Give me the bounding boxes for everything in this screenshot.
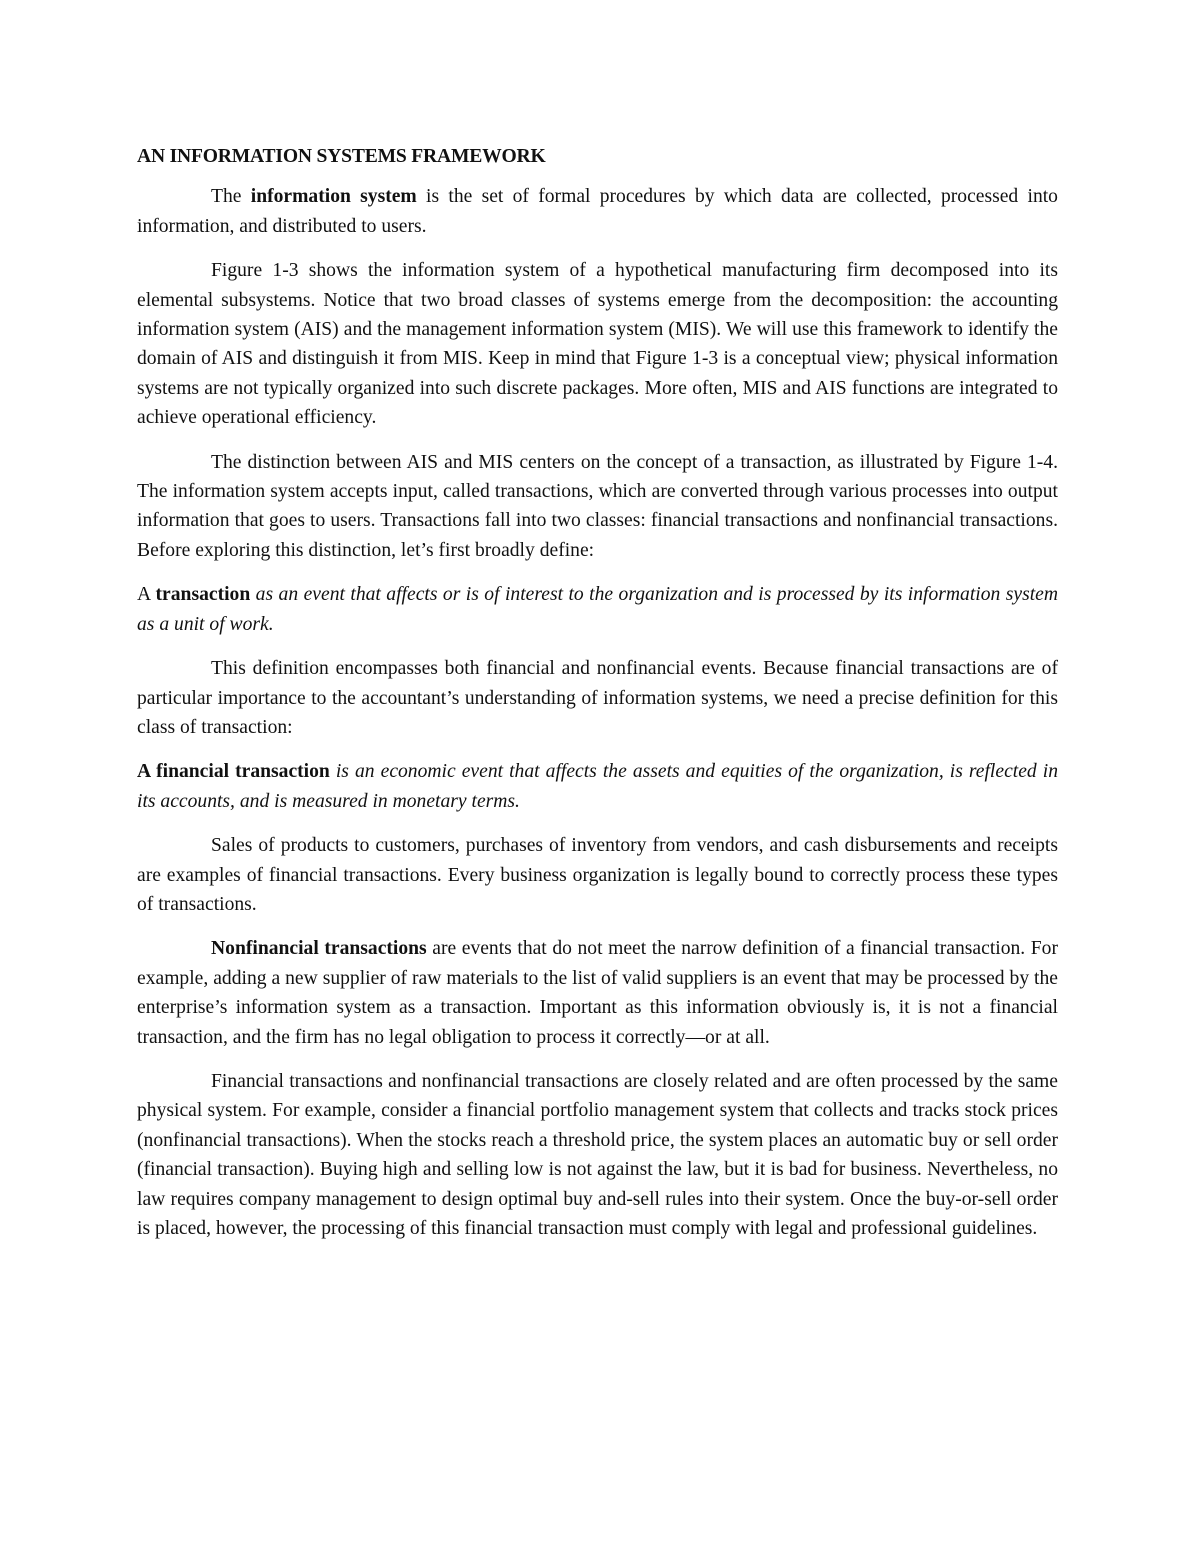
definition-text: as an event that affects or is of intere…: [137, 584, 1058, 634]
paragraph-figure-1-3: Figure 1-3 shows the information system …: [137, 256, 1058, 432]
document-page: AN INFORMATION SYSTEMS FRAMEWORK The inf…: [137, 142, 1058, 1258]
paragraph-text: The: [211, 186, 251, 207]
definition-text: A: [137, 584, 156, 605]
definition-financial-transaction: A financial transaction is an economic e…: [137, 757, 1058, 816]
paragraph-information-system: The information system is the set of for…: [137, 182, 1058, 241]
section-title: AN INFORMATION SYSTEMS FRAMEWORK: [137, 142, 1058, 171]
definition-transaction: A transaction as an event that affects o…: [137, 580, 1058, 639]
term-information-system: information system: [251, 186, 417, 207]
term-nonfinancial-transactions: Nonfinancial transactions: [211, 938, 427, 959]
paragraph-portfolio-example: Financial transactions and nonfinancial …: [137, 1067, 1058, 1243]
paragraph-nonfinancial-transactions: Nonfinancial transactions are events tha…: [137, 934, 1058, 1052]
paragraph-ais-mis-distinction: The distinction between AIS and MIS cent…: [137, 448, 1058, 566]
term-transaction: transaction: [156, 584, 251, 605]
paragraph-definition-scope: This definition encompasses both financi…: [137, 654, 1058, 742]
paragraph-financial-examples: Sales of products to customers, purchase…: [137, 831, 1058, 919]
term-financial-transaction: A financial transaction: [137, 761, 330, 782]
